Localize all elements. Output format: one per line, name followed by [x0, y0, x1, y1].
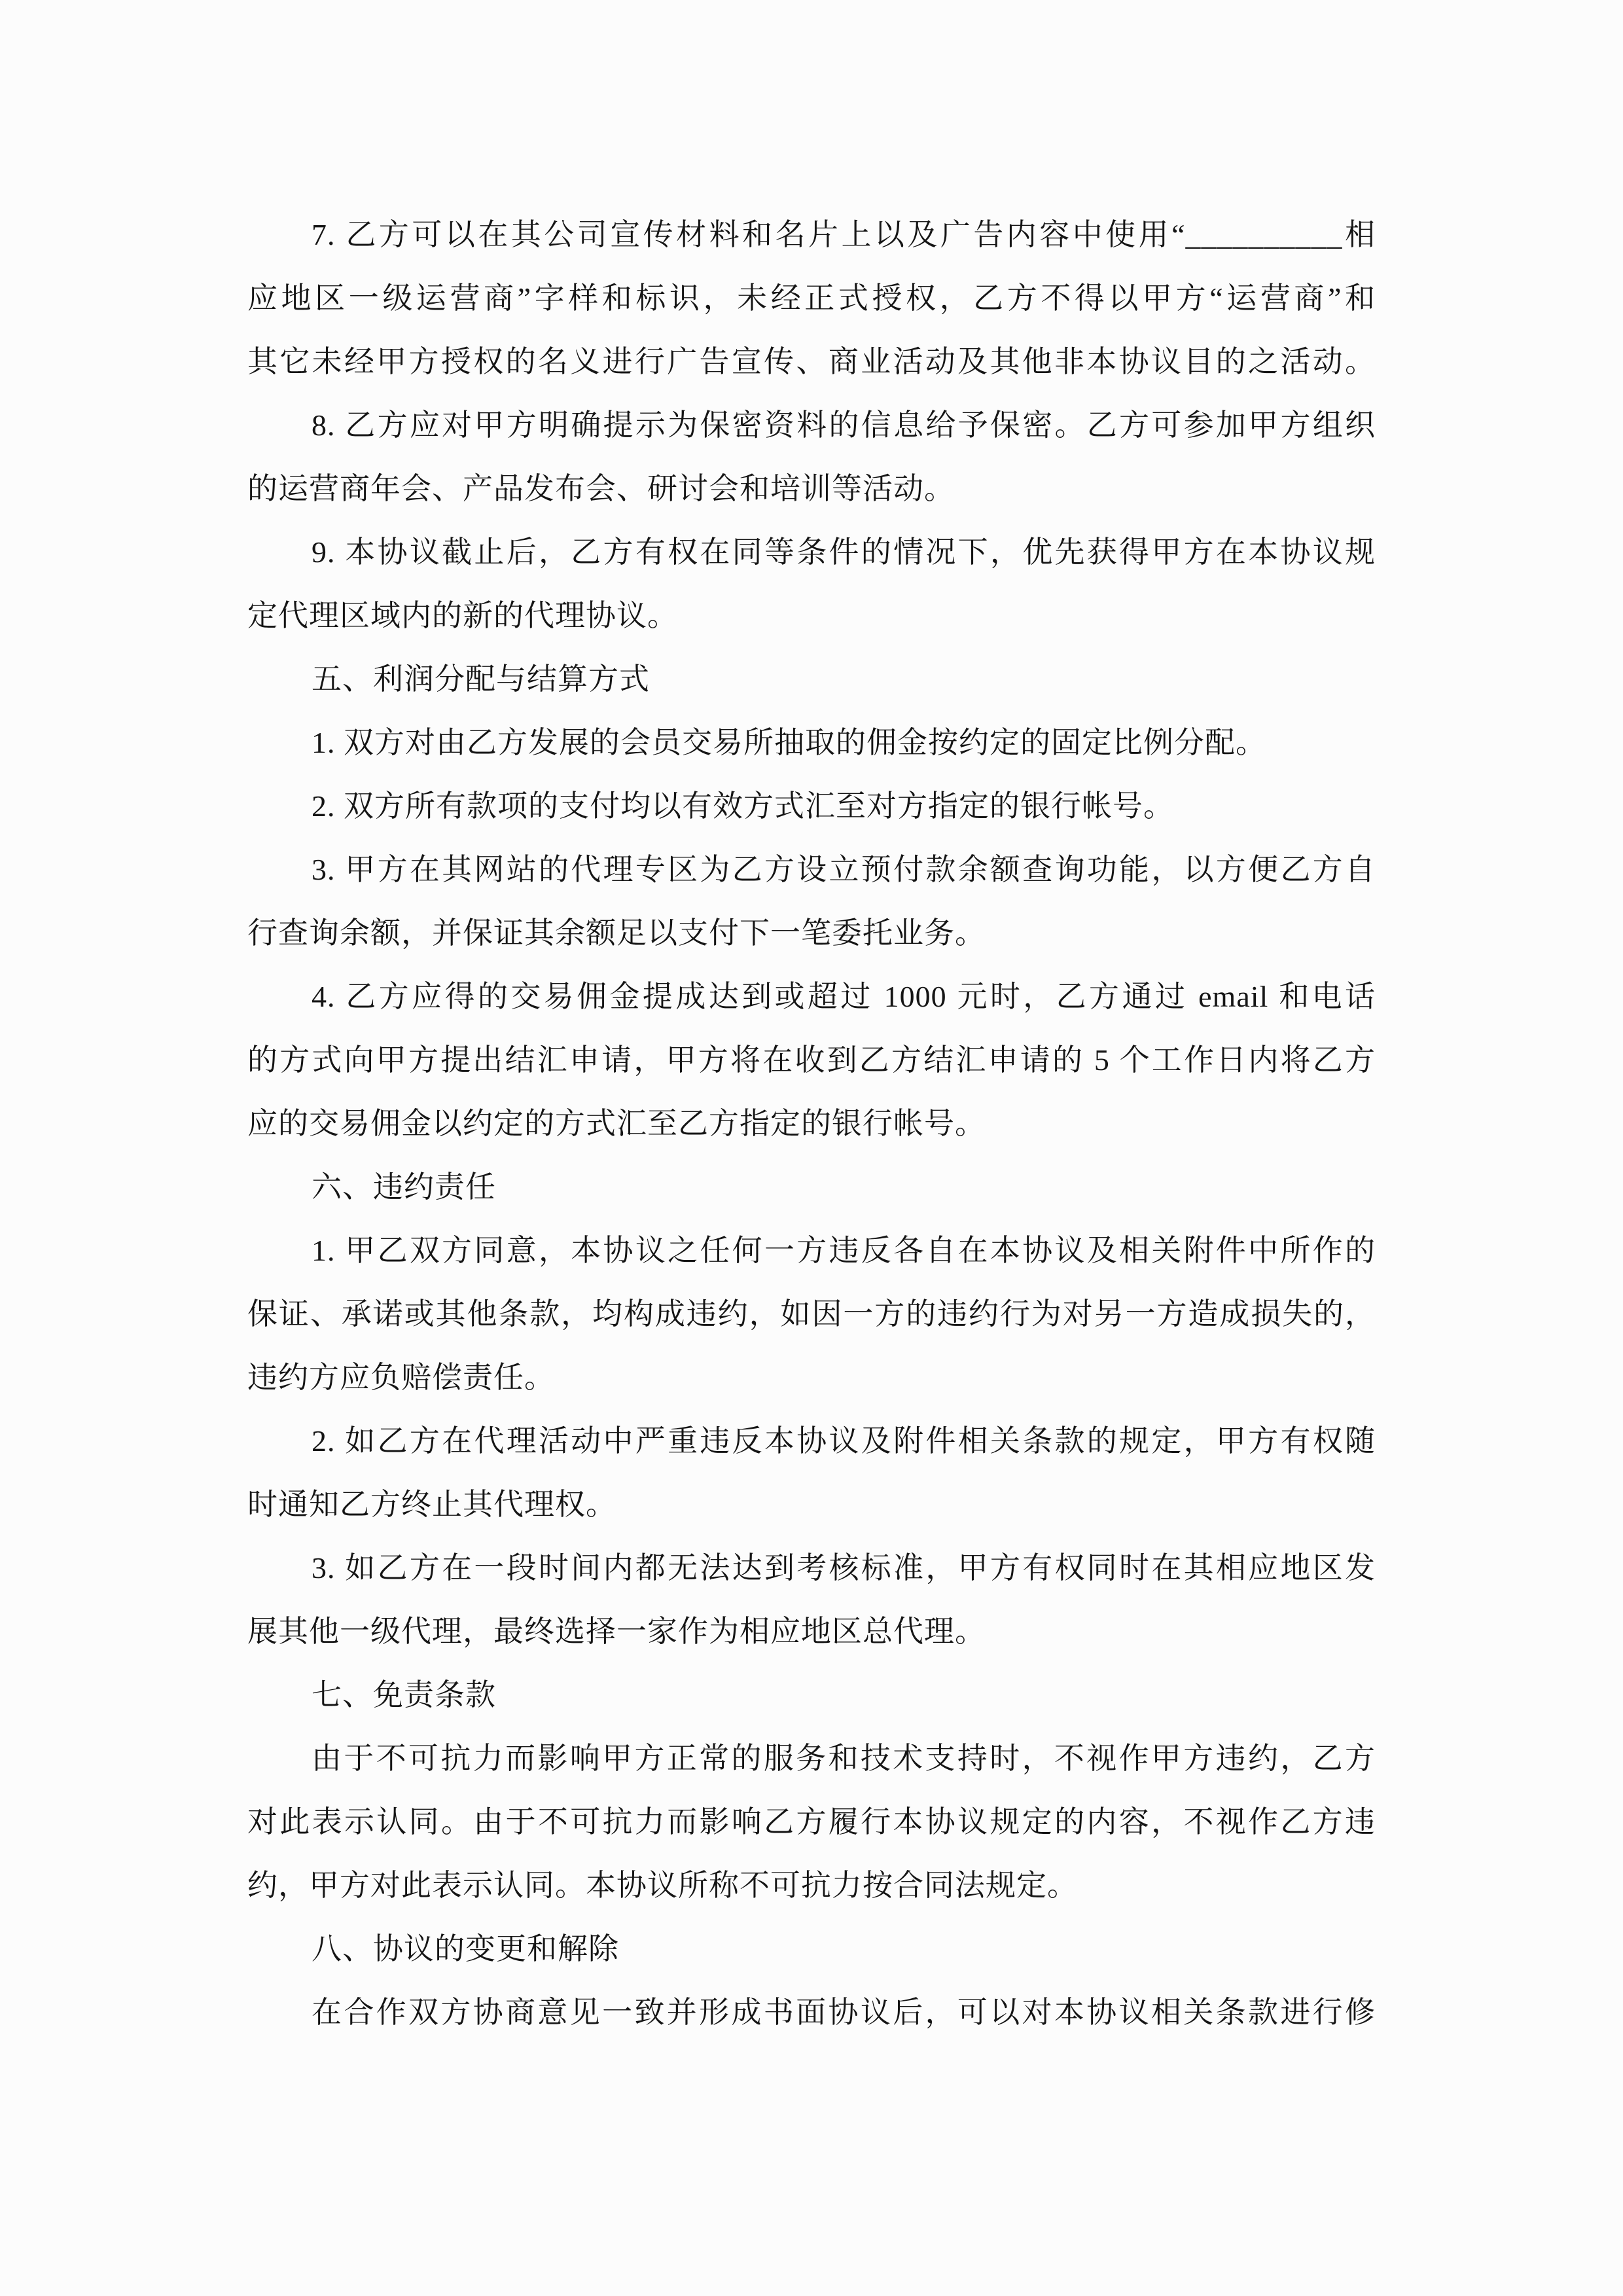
text-line: 违约方应负赔偿责任。	[247, 1346, 1376, 1409]
text-line: 2. 如乙方在代理活动中严重违反本协议及附件相关条款的规定，甲方有权随	[247, 1409, 1376, 1473]
text-line: 五、利润分配与结算方式	[247, 647, 1376, 711]
text-line: 约，甲方对此表示认同。本协议所称不可抗力按合同法规定。	[247, 1854, 1376, 1917]
text-line: 1. 甲乙双方同意，本协议之任何一方违反各自在本协议及相关附件中所作的	[247, 1219, 1376, 1282]
text-line: 应地区一级运营商”字样和标识，未经正式授权，乙方不得以甲方“运营商”和	[247, 266, 1376, 330]
text-line: 展其他一级代理，最终选择一家作为相应地区总代理。	[247, 1600, 1376, 1663]
text-line: 由于不可抗力而影响甲方正常的服务和技术支持时，不视作甲方违约，乙方	[247, 1727, 1376, 1790]
document-body: 7. 乙方可以在其公司宣传材料和名片上以及广告内容中使用“__________相…	[247, 203, 1376, 2044]
text-line: 8. 乙方应对甲方明确提示为保密资料的信息给予保密。乙方可参加甲方组织	[247, 393, 1376, 457]
text-line: 4. 乙方应得的交易佣金提成达到或超过 1000 元时，乙方通过 email 和…	[247, 965, 1376, 1028]
text-line: 在合作双方协商意见一致并形成书面协议后，可以对本协议相关条款进行修	[247, 1981, 1376, 2044]
text-line: 3. 如乙方在一段时间内都无法达到考核标准，甲方有权同时在其相应地区发	[247, 1536, 1376, 1600]
text-line: 定代理区域内的新的代理协议。	[247, 584, 1376, 647]
text-line: 行查询余额，并保证其余额足以支付下一笔委托业务。	[247, 901, 1376, 965]
text-line: 9. 本协议截止后，乙方有权在同等条件的情况下，优先获得甲方在本协议规	[247, 520, 1376, 584]
text-line: 八、协议的变更和解除	[247, 1917, 1376, 1981]
text-line: 对此表示认同。由于不可抗力而影响乙方履行本协议规定的内容，不视作乙方违	[247, 1790, 1376, 1854]
text-line: 3. 甲方在其网站的代理专区为乙方设立预付款余额查询功能，以方便乙方自	[247, 838, 1376, 901]
text-line: 六、违约责任	[247, 1155, 1376, 1219]
text-line: 的方式向甲方提出结汇申请，甲方将在收到乙方结汇申请的 5 个工作日内将乙方	[247, 1028, 1376, 1092]
text-line: 保证、承诺或其他条款，均构成违约，如因一方的违约行为对另一方造成损失的，	[247, 1282, 1376, 1346]
text-line: 七、免责条款	[247, 1663, 1376, 1727]
text-line: 7. 乙方可以在其公司宣传材料和名片上以及广告内容中使用“__________相	[247, 203, 1376, 266]
text-line: 2. 双方所有款项的支付均以有效方式汇至对方指定的银行帐号。	[247, 774, 1376, 838]
document-page: 7. 乙方可以在其公司宣传材料和名片上以及广告内容中使用“__________相…	[0, 0, 1623, 2296]
text-line: 1. 双方对由乙方发展的会员交易所抽取的佣金按约定的固定比例分配。	[247, 711, 1376, 774]
text-line: 时通知乙方终止其代理权。	[247, 1473, 1376, 1536]
text-line: 应的交易佣金以约定的方式汇至乙方指定的银行帐号。	[247, 1092, 1376, 1155]
text-line: 的运营商年会、产品发布会、研讨会和培训等活动。	[247, 457, 1376, 520]
text-line: 其它未经甲方授权的名义进行广告宣传、商业活动及其他非本协议目的之活动。	[247, 330, 1376, 393]
